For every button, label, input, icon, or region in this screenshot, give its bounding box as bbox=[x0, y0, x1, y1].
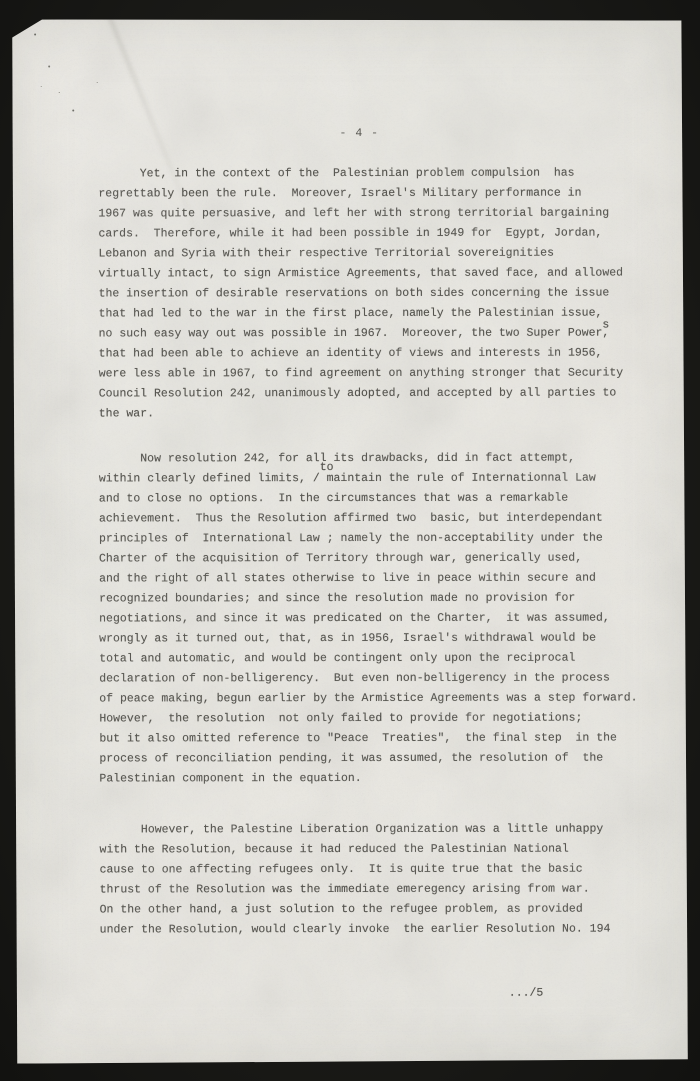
text-line: virtually intact, to sign Armistice Agre… bbox=[99, 263, 659, 284]
text-line: recognized boundaries; and since the res… bbox=[99, 588, 659, 609]
text-line: that had led to the war in the first pla… bbox=[99, 303, 659, 324]
text-line: However, the Palestine Liberation Organi… bbox=[99, 819, 659, 840]
text-line: and to close no options. In the circumst… bbox=[99, 488, 659, 509]
text-line: no such easy way out was possible in 196… bbox=[99, 323, 659, 344]
text-line: However, the resolution not only failed … bbox=[99, 708, 659, 729]
paper-speckles bbox=[34, 34, 36, 36]
text-line: that had been able to achieve an identit… bbox=[99, 343, 659, 364]
text-line: process of reconciliation pending, it wa… bbox=[99, 748, 659, 769]
text-line: wrongly as it turned out, that, as in 19… bbox=[99, 628, 659, 649]
text-line: but it also omitted reference to "Peace … bbox=[99, 728, 659, 749]
text-line: were less able in 1967, to find agreemen… bbox=[99, 363, 659, 384]
text-line: achievement. Thus the Resolution affirme… bbox=[99, 508, 659, 529]
typed-insertion: s bbox=[602, 316, 609, 336]
page-number: - 4 - bbox=[98, 124, 620, 145]
text-line: the insertion of desirable reservations … bbox=[99, 283, 659, 304]
text-line: cards. Therefore, while it had been poss… bbox=[98, 223, 658, 244]
typed-insertion: to bbox=[320, 458, 334, 478]
text-line: negotiations, and since it was predicate… bbox=[99, 608, 659, 629]
text-line: of peace making, begun earlier by the Ar… bbox=[99, 688, 659, 709]
text-line: regrettably been the rule. Moreover, Isr… bbox=[98, 183, 658, 204]
text-line: Yet, in the context of the Palestinian p… bbox=[98, 163, 658, 184]
paragraph: However, the Palestine Liberation Organi… bbox=[99, 819, 659, 940]
continuation-mark: .../5 bbox=[509, 984, 544, 1004]
text-line: Charter of the acquisition of Territory … bbox=[99, 548, 659, 569]
text-line: 1967 was quite persuasive, and left her … bbox=[98, 203, 658, 224]
text-line: Lebanon and Syria with their respective … bbox=[98, 243, 658, 264]
text-line: within clearly defined limits, / maintai… bbox=[99, 468, 659, 489]
text-line: Council Resolution 242, unanimously adop… bbox=[99, 383, 659, 404]
text-line: cause to one affecting refugees only. It… bbox=[100, 859, 660, 880]
paragraph: Yet, in the context of the Palestinian p… bbox=[98, 163, 658, 424]
text-line: Now resolution 242, for all its drawback… bbox=[99, 448, 659, 469]
text-line: and the right of all states otherwise to… bbox=[99, 568, 659, 589]
text-line: under the Resolution, would clearly invo… bbox=[100, 919, 660, 940]
text-line: thrust of the Resolution was the immedia… bbox=[100, 879, 660, 900]
text-line: declaration of non-belligerency. But eve… bbox=[99, 668, 659, 689]
text-line: Palestinian component in the equation. bbox=[99, 768, 659, 789]
paper-sheet: - 4 - Yet, in the context of the Palesti… bbox=[12, 18, 688, 1063]
text-line: principles of International Law ; namely… bbox=[99, 528, 659, 549]
text-line: with the Resolution, because it had redu… bbox=[100, 839, 660, 860]
paragraph: Now resolution 242, for all its drawback… bbox=[99, 448, 660, 789]
text-line: the war. bbox=[99, 403, 659, 424]
text-line: On the other hand, a just solution to th… bbox=[100, 899, 660, 920]
text-line: total and automatic, and would be contin… bbox=[99, 648, 659, 669]
